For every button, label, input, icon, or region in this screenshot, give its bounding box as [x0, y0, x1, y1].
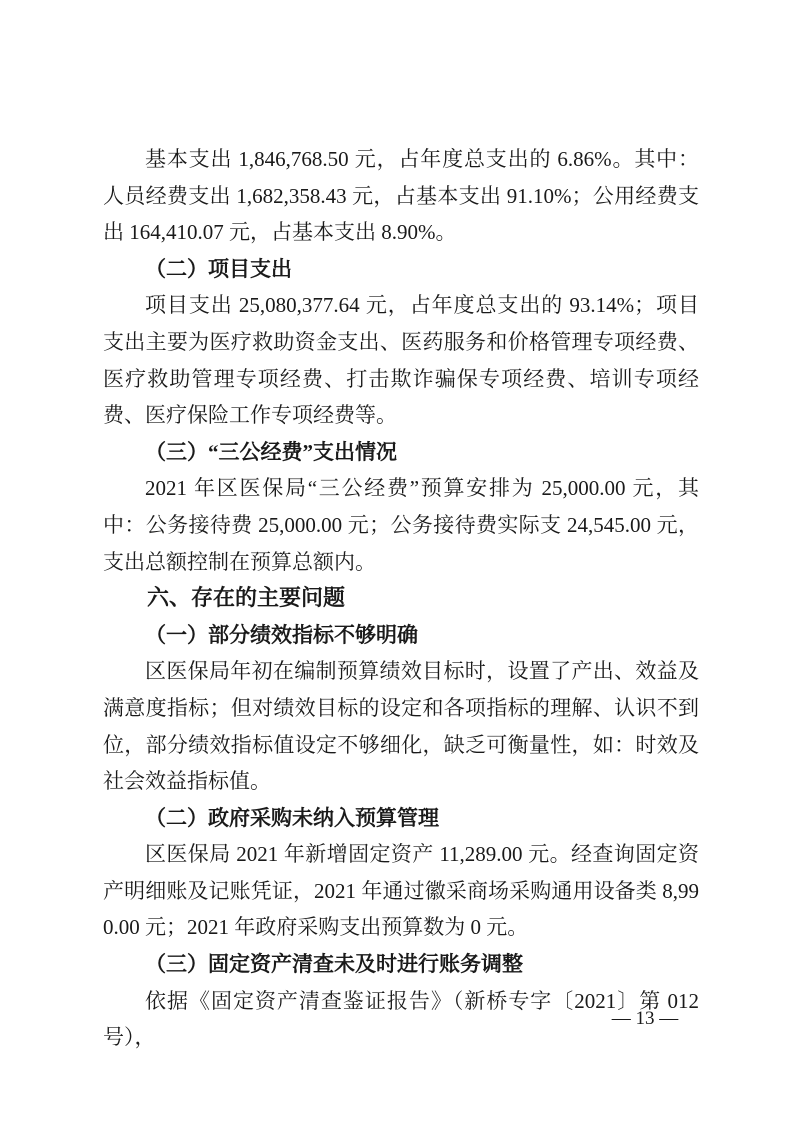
section-heading: （三）“三公经费”支出情况	[103, 434, 699, 471]
section-heading: 六、存在的主要问题	[103, 580, 699, 617]
page-number: — 13 —	[605, 1007, 685, 1031]
section-heading: （一）部分绩效指标不够明确	[103, 617, 699, 654]
section-heading: （二）项目支出	[103, 251, 699, 288]
section-heading: （二）政府采购未纳入预算管理	[103, 800, 699, 837]
paragraph: 基本支出 1,846,768.50 元，占年度总支出的 6.86%。其中：人员经…	[103, 141, 699, 251]
paragraph: 2021 年区医保局“三公经费”预算安排为 25,000.00 元，其中：公务接…	[103, 470, 699, 580]
paragraph: 区医保局 2021 年新增固定资产 11,289.00 元。经查询固定资产明细账…	[103, 836, 699, 946]
section-heading: （三）固定资产清查未及时进行账务调整	[103, 946, 699, 983]
document-page: 基本支出 1,846,768.50 元，占年度总支出的 6.86%。其中：人员经…	[0, 0, 793, 1122]
paragraph: 区医保局年初在编制预算绩效目标时，设置了产出、效益及满意度指标；但对绩效目标的设…	[103, 653, 699, 799]
paragraph: 项目支出 25,080,377.64 元，占年度总支出的 93.14%；项目支出…	[103, 287, 699, 433]
document-body: 基本支出 1,846,768.50 元，占年度总支出的 6.86%。其中：人员经…	[103, 141, 699, 1056]
